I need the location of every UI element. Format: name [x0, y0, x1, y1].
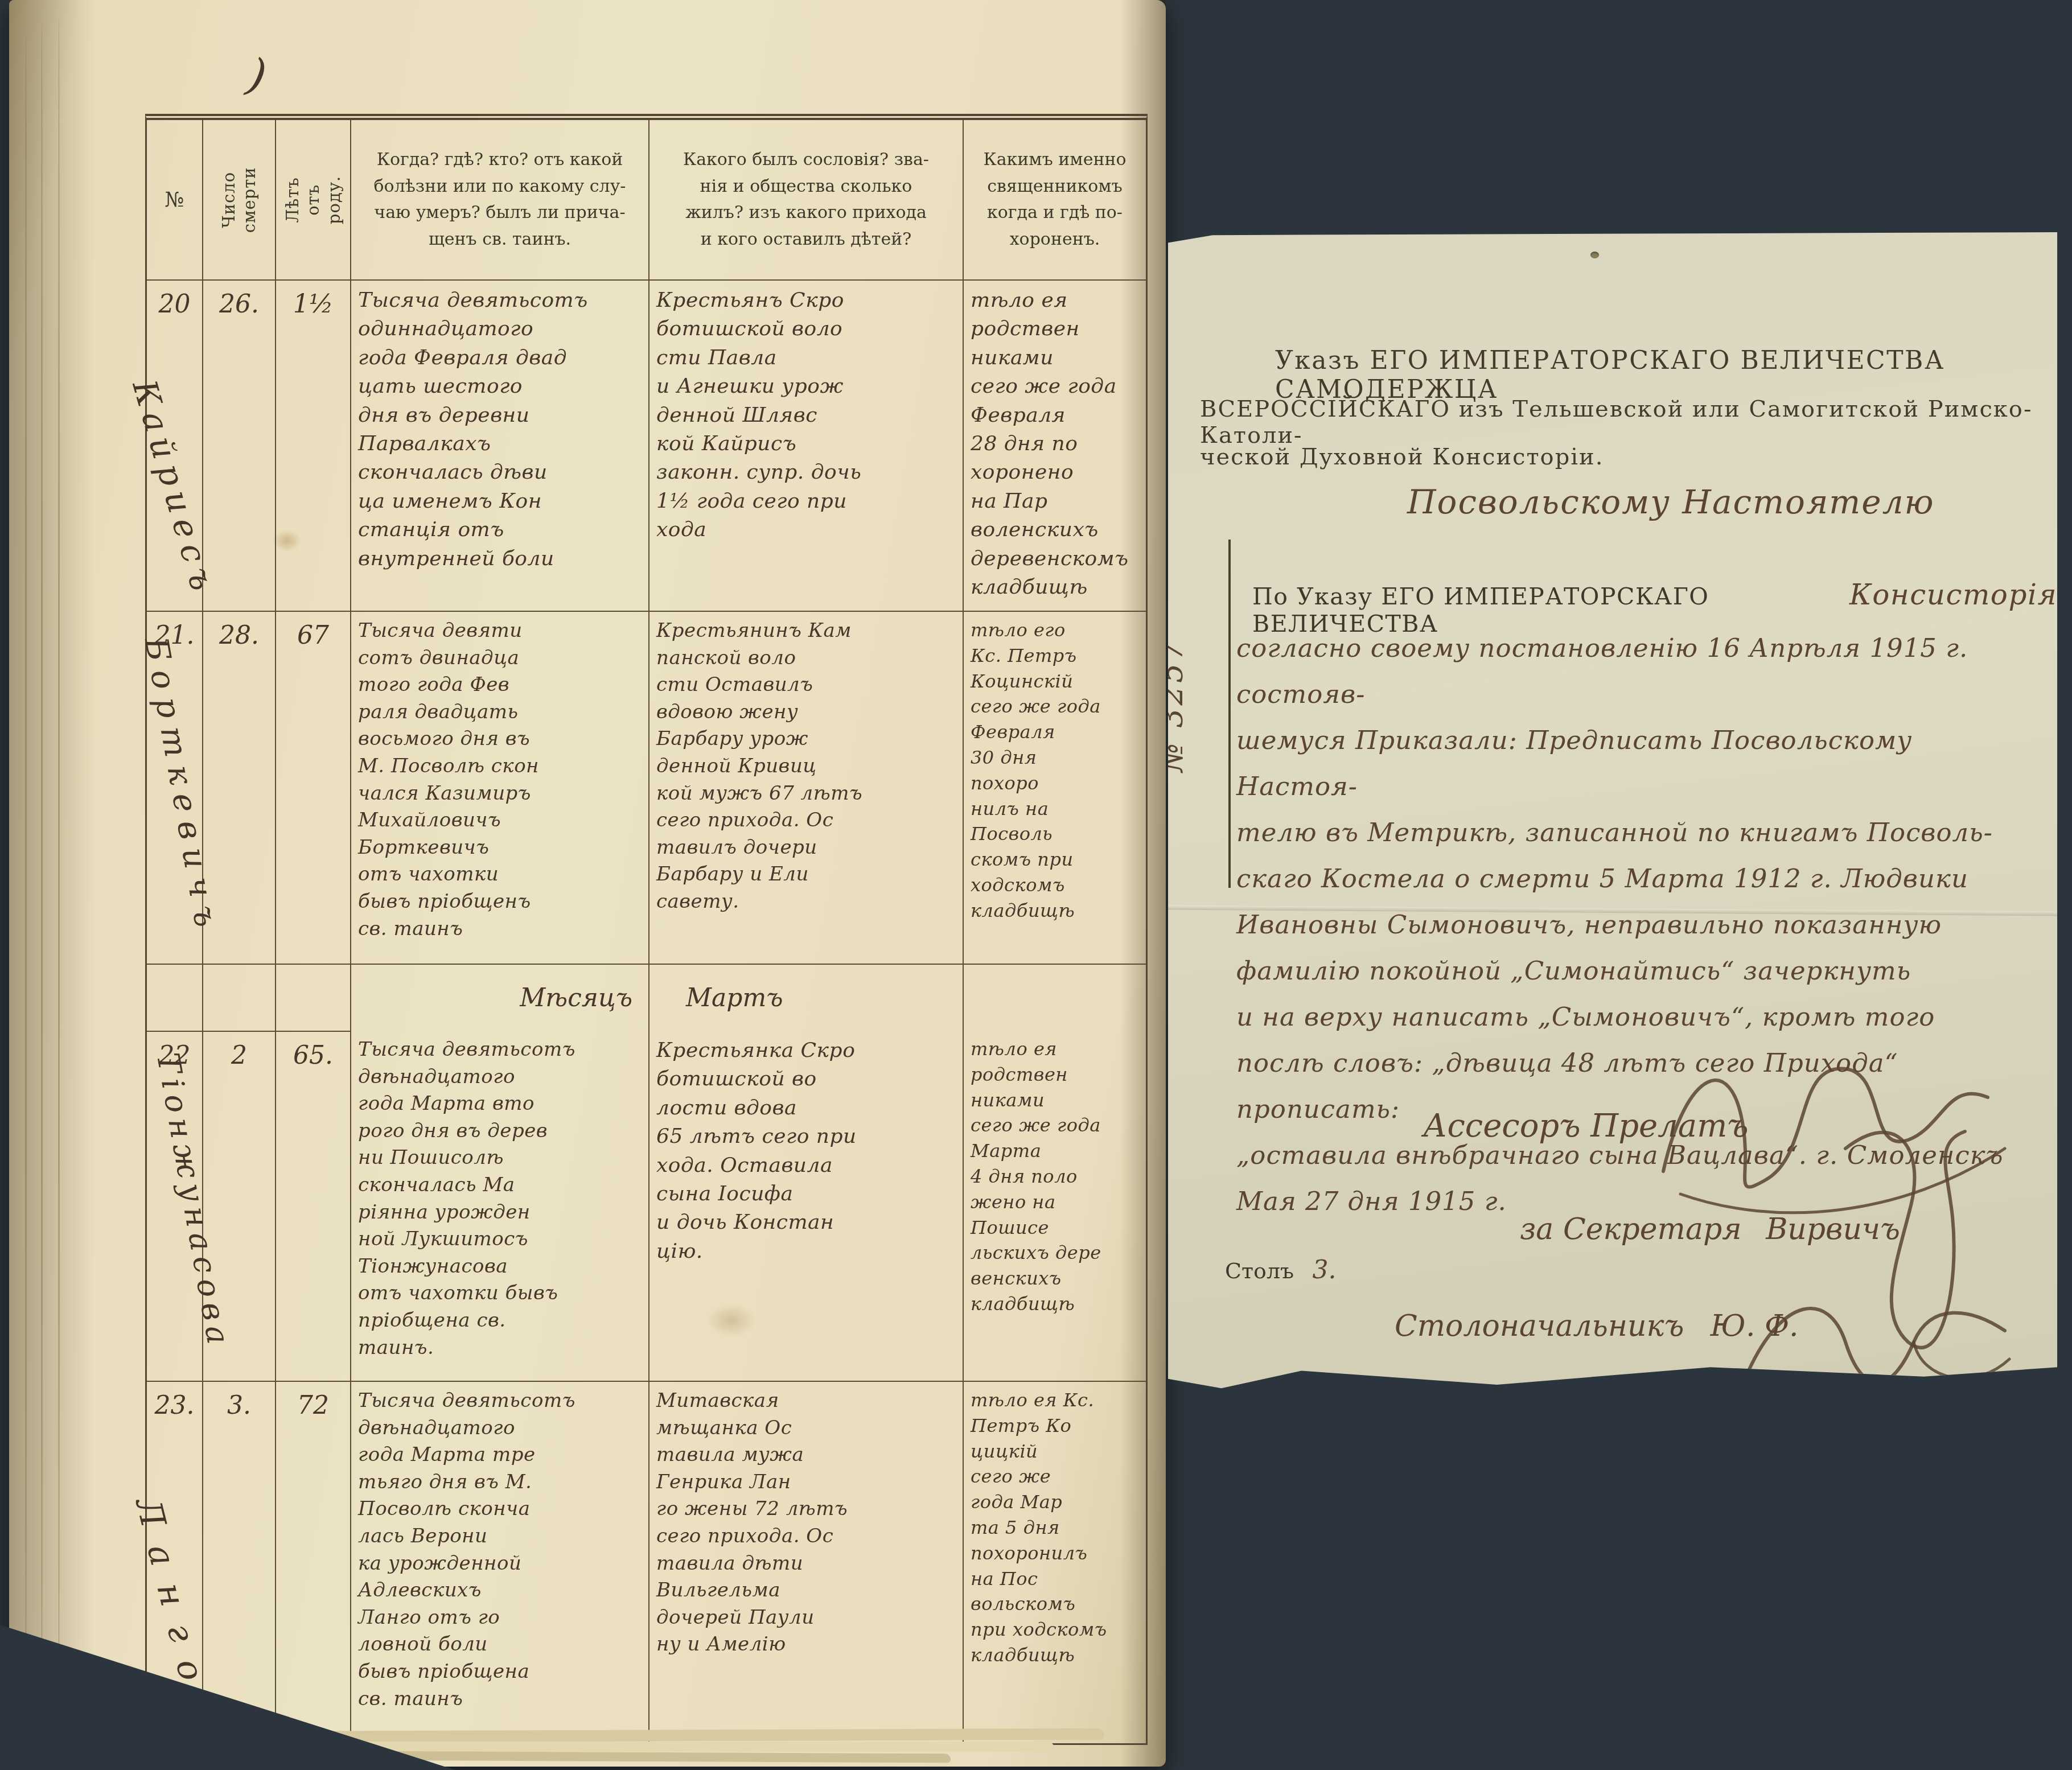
month-band-spacer: [963, 964, 1146, 1031]
row-23-burial: тѣло ея Кс. Петръ Ко цицкій сего же года…: [963, 1381, 1146, 1743]
header-age-label: Лѣтъ отъ роду.: [282, 170, 344, 230]
decree-body-intro-hand: Консисторія: [1849, 578, 2057, 611]
paper-hole: [1590, 252, 1599, 258]
decree-heading-line2: ВСЕРОССІЙСКАГО изъ Тельшевской или Самог…: [1200, 396, 2057, 448]
death-register-table: № Число смерти Лѣтъ отъ роду. Когда? гдѣ…: [145, 114, 1148, 1745]
row-21-estate: Крестьянинъ Кам панской воло сти Оставил…: [648, 611, 963, 964]
secretary-label: за Секретаря: [1520, 1212, 1742, 1246]
row-23-age: 72: [275, 1381, 350, 1743]
row-21-age: 67: [275, 611, 350, 964]
row-22-burial: тѣло ея родствен никами сего же года Мар…: [963, 1031, 1146, 1381]
row-23-estate: Митавская мѣщанка Ос тавила мужа Генрика…: [648, 1381, 963, 1743]
row-21-burial: тѣло его Кс. Петръ Коцинскій сего же год…: [963, 611, 1146, 964]
month-band-spacer: [275, 964, 350, 1031]
row-23-when: Тысяча девятьсотъ двѣнадцатого года Март…: [350, 1381, 648, 1743]
row-22-estate: Крестьянка Скро ботишской во лости вдова…: [648, 1031, 963, 1381]
page-edge-line: [41, 23, 43, 1730]
header-estate: Какого былъ сословія? зва- нія и обществ…: [648, 120, 963, 279]
month-band-month: Мартъ: [648, 964, 963, 1031]
row-22-when: Тысяча девятьсотъ двѣнадцатого года Март…: [350, 1031, 648, 1381]
month-band-spacer: [202, 964, 275, 1031]
row-20-estate: Крестьянъ Скро ботишской воло сти Павла …: [648, 279, 963, 611]
header-priest: Какимъ именно священникомъ когда и гдѣ п…: [963, 120, 1146, 279]
header-age: Лѣтъ отъ роду.: [275, 120, 350, 279]
decree-heading-line3: ческой Духовной Консисторіи.: [1200, 444, 1604, 470]
row-21-when: Тысяча девяти сотъ двинадца того года Фе…: [350, 611, 648, 964]
header-death-date-label: Число смерти: [219, 167, 260, 233]
scanned-archive-photo: ) № Число смерти Лѣтъ отъ роду. Когда? г…: [0, 0, 2072, 1770]
header-no-label: №: [165, 188, 184, 212]
clerk-signature-flourish: [1737, 1274, 2022, 1410]
clerk-label: Столоначальникъ: [1395, 1309, 1684, 1343]
decree-addressee: Посвольскому Настоятелю: [1407, 483, 1935, 521]
desk-line: Столъ 3.: [1225, 1256, 1336, 1285]
row-20-burial: тѣло ея родствен никами сего же года Фев…: [963, 279, 1146, 611]
header-no: №: [147, 120, 202, 279]
row-20-age: 1½: [275, 279, 350, 611]
row-20-when: Тысяча девятьсотъ одиннадцатого года Фев…: [350, 279, 648, 611]
decree-heading-line1: Указъ ЕГО ИМПЕРАТОРСКАГО ВЕЛИЧЕСТВА САМО…: [1275, 346, 2057, 404]
desk-number: 3.: [1312, 1256, 1336, 1285]
month-band-label: Мѣсяцъ: [350, 964, 648, 1031]
book-spine-shadow: [9, 0, 94, 1767]
margin-rule: [1228, 540, 1231, 888]
page-edge-line: [25, 34, 27, 1719]
desk-label: Столъ: [1225, 1258, 1294, 1283]
page-edge-line: [58, 17, 60, 1736]
header-death-date: Число смерти: [202, 120, 275, 279]
header-when-where: Когда? гдѣ? кто? отъ какой болѣзни или п…: [350, 120, 648, 279]
decree-document: Указъ ЕГО ИМПЕРАТОРСКАГО ВЕЛИЧЕСТВА САМО…: [1168, 232, 2057, 1403]
row-22-age: 65.: [275, 1031, 350, 1381]
month-band-spacer: [147, 964, 202, 1031]
